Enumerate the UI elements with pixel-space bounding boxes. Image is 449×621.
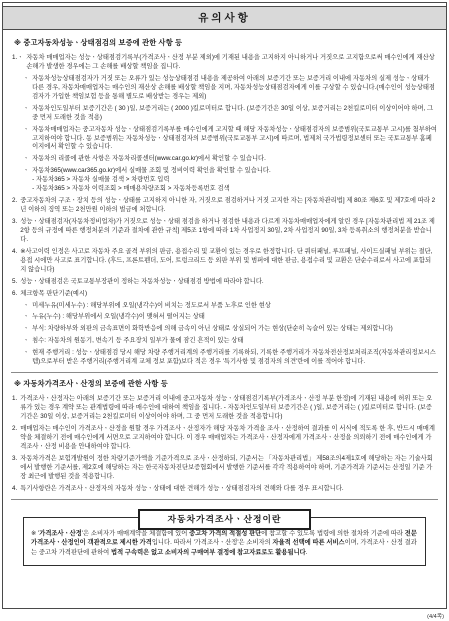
item-marker: 4.	[12, 485, 17, 494]
item-marker: 3.	[12, 218, 17, 245]
item-text: 성능ㆍ상태점검자(자동차정비업자)가 거짓으로 성능ㆍ상태 점검을 하거나 점검…	[20, 218, 437, 245]
notice-item: ㆍ자동차인도일부터 보증기간은 ( 30 )일, 보증거리는 ( 2000 )킬…	[12, 105, 437, 123]
item-text: 부식: 차량하부와 외판의 금속표면이 화학반응에 의해 금속이 아닌 상태로 …	[32, 325, 437, 334]
item-marker: ㆍ	[23, 325, 29, 334]
item-marker: ㆍ	[23, 313, 29, 322]
item-text: 누유(누수) : 해당부위에서 오일(냉각수)이 맺혀서 떨어지는 상태	[32, 313, 437, 322]
notice-item: ㆍ미세누유(미세누수) : 해당부위에 오일(냉각수)이 비치는 정도로서 부품…	[12, 302, 437, 311]
item-text: 현재 주행거리 : 성능ㆍ상태점검 당시 해당 차량 주행거리계의 주행거리를 …	[32, 349, 437, 367]
item-text: 특기사항란은 가격조사ㆍ산정자의 자동차 성능ㆍ상태에 대한 견해가 성능ㆍ상태…	[20, 485, 437, 494]
page-title: 유의사항	[3, 6, 446, 30]
notice-page: 유의사항 ※ 중고자동차성능ㆍ상태점검의 보증에 관한 사항 등 1.ㆍ자동차 …	[2, 2, 447, 609]
item-text: 자동차인도일부터 보증기간은 ( 30 )일, 보증거리는 ( 2000 )킬로…	[32, 105, 437, 123]
item-marker: 1.ㆍ	[12, 54, 23, 72]
item-marker: 3.	[12, 455, 17, 482]
notice-item: 4.※사고이력 인정은 사고로 자동차 주요 골격 부위의 판금, 용접수리 및…	[12, 248, 437, 275]
document-sheet: 유의사항 ※ 중고자동차성능ㆍ상태점검의 보증에 관한 사항 등 1.ㆍ자동차 …	[0, 0, 449, 621]
infobox-title: 자동차가격조사ㆍ산정이란	[138, 509, 312, 531]
item-text: 중고자동차의 구조ㆍ장치 등의 성능ㆍ상태를 고지하지 아니한 자, 거짓으로 …	[20, 197, 437, 215]
item-text: 침수: 자동차의 원동기, 변속기 등 주요장치 일부가 물에 잠긴 흔적이 있…	[32, 337, 437, 346]
item-marker: ㆍ	[23, 349, 29, 367]
infobox-text-segment: 법적 구속력은 없고 소비자의 구매여부 결정에 참고자료로도 활용됩니다	[111, 549, 306, 556]
infobox-text-segment: 입니다. 따라서 '가격조사ㆍ산정'은 소비자의	[152, 539, 273, 546]
section-price-appraisal-warranty: ※ 자동차가격조사ㆍ산정의 보증에 관한 사항 등 1.가격조사ㆍ산정자는 아래…	[11, 373, 438, 493]
item-marker: 4.	[12, 248, 17, 275]
infobox-divider	[11, 499, 438, 500]
notice-item: ㆍ부식: 차량하부와 외판의 금속표면이 화학반응에 의해 금속이 아닌 상태로…	[12, 325, 437, 334]
item-text: 매매업자는 매수인이 가격조사ㆍ산정을 원할 경우 가격조사ㆍ산정자가 해당 자…	[20, 425, 437, 452]
notice-list: 1.ㆍ자동차 매매업자는 성능ㆍ상태점검기록부(가격조사ㆍ산정 부분 제외)에 …	[11, 54, 438, 367]
infobox-text-segment: '은 소비자가 매매계약을 체결함에 있어	[82, 530, 189, 537]
item-marker: 2.	[12, 425, 17, 452]
infobox-text-segment: 자율적 선택에 따른 서비스	[272, 539, 344, 546]
notice-item: 4.특기사항란은 가격조사ㆍ산정자의 자동차 성능ㆍ상태에 대한 견해가 성능ㆍ…	[12, 485, 437, 494]
notice-item: 6.체크항목 판단기준(예시)	[12, 290, 437, 299]
item-text: 성능ㆍ상태점검은 국토교통부장관이 정하는 자동차성능ㆍ상태점검 방법에 따라야…	[20, 278, 437, 287]
item-text: ※사고이력 인정은 사고로 자동차 주요 골격 부위의 판금, 용접수리 및 교…	[20, 248, 437, 275]
item-text: 자동차매매업자는 중고자동차 성능ㆍ상태점검기록부를 매수인에게 고지할 때 해…	[32, 126, 437, 153]
notice-item: 1.가격조사ㆍ산정자는 아래의 보증기간 또는 보증거리 이내에 중고자동차 성…	[12, 395, 437, 422]
item-marker: 2.	[12, 197, 17, 215]
item-marker: ㆍ	[23, 302, 29, 311]
notice-item: 2.매매업자는 매수인이 가격조사ㆍ산정을 원할 경우 가격조사ㆍ산정자가 해당…	[12, 425, 437, 452]
notice-item: 5.성능ㆍ상태점검은 국토교통부장관이 정하는 자동차성능ㆍ상태점검 방법에 따…	[12, 278, 437, 287]
notice-item: ㆍ현재 주행거리 : 성능ㆍ상태점검 당시 해당 차량 주행거리계의 주행거리를…	[12, 349, 437, 367]
item-text: 가격조사ㆍ산정자는 아래의 보증기간 또는 보증거리 이내에 중고자동차 성능ㆍ…	[20, 395, 437, 422]
item-marker: ㆍ	[23, 105, 29, 123]
item-text: 자동차 매매업자는 성능ㆍ상태점검기록부(가격조사ㆍ산정 부분 제외)에 기재된…	[26, 54, 437, 72]
notice-item: ㆍ자동차성능상태점검자가 거짓 또는 오류가 있는 성능상태점검 내용을 제공하…	[12, 75, 437, 102]
notice-item: 2.중고자동차의 구조ㆍ장치 등의 성능ㆍ상태를 고지하지 아니한 자, 거짓으…	[12, 197, 437, 215]
infobox-text-segment: 에 참고할 수 있도록 법령에 의한 절차와 기준에 따라	[261, 530, 404, 537]
item-marker: 1.	[12, 395, 17, 422]
item-marker: 6.	[12, 290, 17, 299]
item-subline: - 자동차365 > 자동차 이력조회 > 매매용차량조회 > 자동차등록번호 …	[32, 185, 437, 194]
item-marker: ㆍ	[23, 337, 29, 346]
item-marker: ㆍ	[23, 155, 29, 164]
item-marker: ㆍ	[23, 75, 29, 102]
item-subline: - 자동차365 > 자동차 실매물 검색 > 차량번호 입력	[32, 176, 437, 185]
notice-item: ㆍ자동차매매업자는 중고자동차 성능ㆍ상태점검기록부를 매수인에게 고지할 때 …	[12, 126, 437, 153]
item-text: 자동차365(www.car365.go.kr)에서 실매물 조회 및 정비이력…	[32, 167, 437, 194]
infobox-text-segment: ※ '	[31, 530, 39, 537]
page-number: (4/4쪽)	[427, 612, 444, 620]
notice-item: ㆍ누유(누수) : 해당부위에서 오일(냉각수)이 맺혀서 떨어지는 상태	[12, 313, 437, 322]
item-text: 자동차성능상태점검자가 거짓 또는 오류가 있는 성능상태점검 내용을 제공하여…	[32, 75, 437, 102]
item-marker: 5.	[12, 278, 17, 287]
item-text: 자동차의 리콜에 관한 사항은 자동차리콜센터(www.car.go.kr)에서…	[32, 155, 437, 164]
notice-item: 3.자동차가격은 보험개발원이 정한 차량기준가액을 기준가격으로 조사ㆍ산정하…	[12, 455, 437, 482]
notice-item: 3.성능ㆍ상태점검자(자동차정비업자)가 거짓으로 성능ㆍ상태 점검을 하거나 …	[12, 218, 437, 245]
notice-item: 1.ㆍ자동차 매매업자는 성능ㆍ상태점검기록부(가격조사ㆍ산정 부분 제외)에 …	[12, 54, 437, 72]
infobox-text-segment: .	[306, 549, 308, 556]
infobox-text-segment: 중고차 가격의 적절성 판단	[189, 530, 261, 537]
price-appraisal-definition-box: 자동차가격조사ㆍ산정이란 ※ '가격조사ㆍ산정'은 소비자가 매매계약을 체결함…	[23, 517, 426, 566]
notice-list: 1.가격조사ㆍ산정자는 아래의 보증기간 또는 보증거리 이내에 중고자동차 성…	[11, 395, 438, 493]
page-content: ※ 중고자동차성능ㆍ상태점검의 보증에 관한 사항 등 1.ㆍ자동차 매매업자는…	[3, 30, 446, 566]
notice-item: ㆍ자동차365(www.car365.go.kr)에서 실매물 조회 및 정비이…	[12, 167, 437, 194]
section-heading: ※ 자동차가격조사ㆍ산정의 보증에 관한 사항 등	[11, 373, 438, 392]
notice-item: ㆍ자동차의 리콜에 관한 사항은 자동차리콜센터(www.car.go.kr)에…	[12, 155, 437, 164]
item-text: 자동차가격은 보험개발원이 정한 차량기준가액을 기준가격으로 조사ㆍ산정하되,…	[20, 455, 437, 482]
item-text: 체크항목 판단기준(예시)	[20, 290, 437, 299]
infobox-text-segment: 가격조사ㆍ산정	[39, 530, 82, 537]
item-marker: ㆍ	[23, 126, 29, 153]
item-text: 미세누유(미세누수) : 해당부위에 오일(냉각수)이 비치는 정도로서 부품 …	[32, 302, 437, 311]
item-marker: ㆍ	[23, 167, 29, 194]
section-performance-warranty: ※ 중고자동차성능ㆍ상태점검의 보증에 관한 사항 등 1.ㆍ자동차 매매업자는…	[11, 32, 438, 367]
infobox-body: ※ '가격조사ㆍ산정'은 소비자가 매매계약을 체결함에 있어 중고차 가격의 …	[31, 529, 418, 558]
notice-item: ㆍ침수: 자동차의 원동기, 변속기 등 주요장치 일부가 물에 잠긴 흔적이 …	[12, 337, 437, 346]
section-heading: ※ 중고자동차성능ㆍ상태점검의 보증에 관한 사항 등	[11, 32, 438, 51]
